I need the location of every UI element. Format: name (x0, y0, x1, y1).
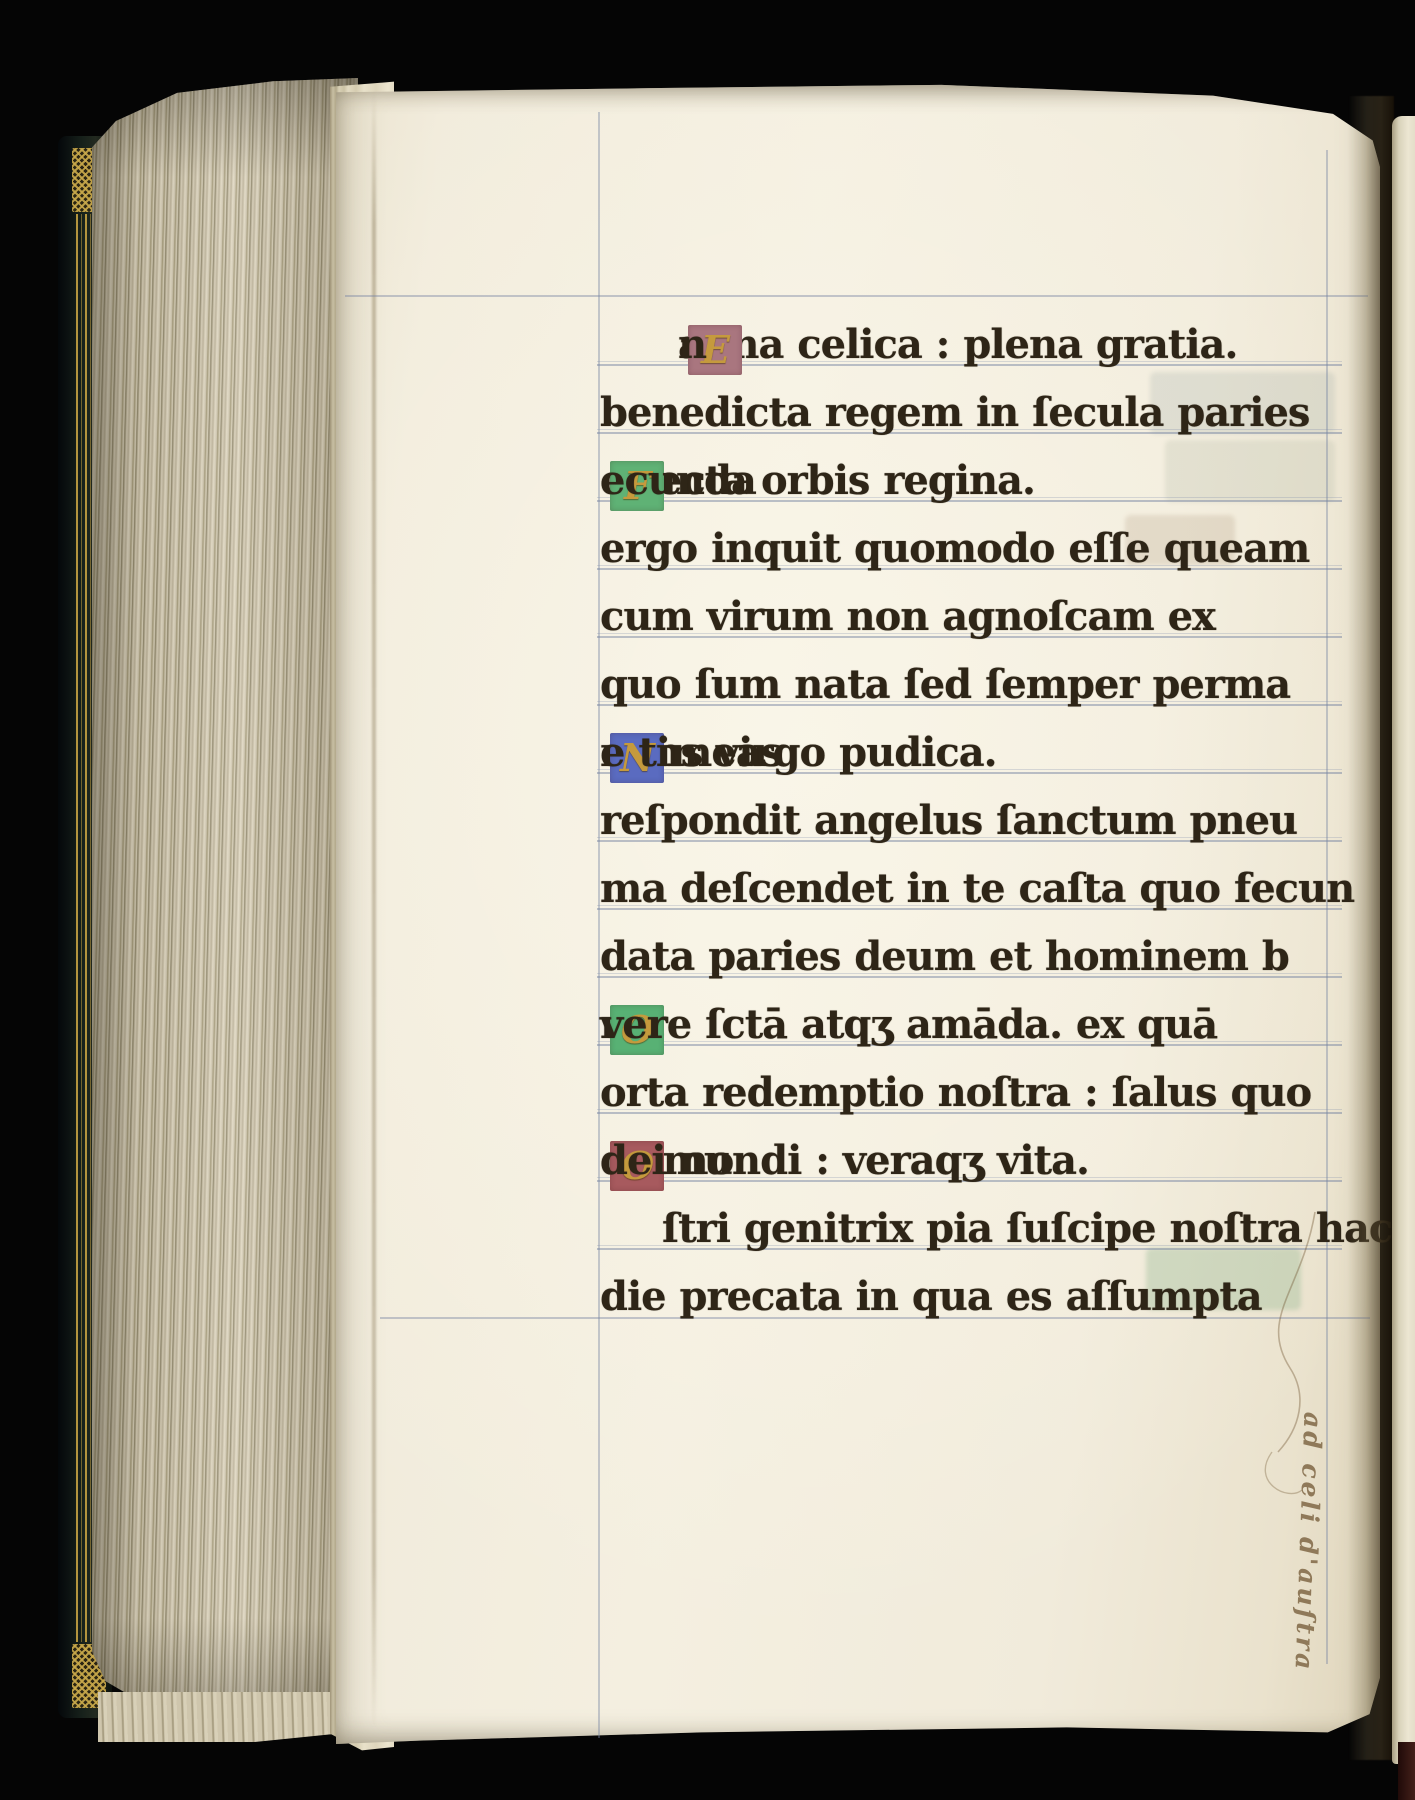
line-text: ecunda (600, 461, 756, 501)
line-text: dei no (600, 1141, 733, 1181)
page-crease (372, 92, 376, 1728)
line-text: data paries deum et hominem b (600, 937, 1289, 977)
facing-page-sliver (1392, 116, 1415, 1764)
line-text: quo ſum nata ſed ſemper perma (600, 665, 1290, 705)
line-text: n (678, 325, 706, 365)
page-stack-fore-edge (92, 78, 358, 1734)
line-text: cum virum non agnoſcam ex (600, 597, 1215, 637)
manuscript-photo: alma celica : plena gratia.Enbenedicta r… (0, 0, 1415, 1800)
line-text: vere ſctā atqʒ amāda. ex quā (600, 1005, 1217, 1045)
line-text: e timeas (600, 733, 782, 773)
line-text: ergo inquit quomodo eſſe queam (600, 529, 1309, 569)
line-text: alma celica : plena gratia. (678, 325, 1237, 365)
line-text: orta redemptio noſtra : ſalus quo (600, 1073, 1311, 1113)
line-text: benedicta regem in ſecula paries (600, 393, 1309, 433)
line-text: reſpondit angelus ſanctum pneu (600, 801, 1297, 841)
line-text: ma deſcendet in te caſta quo fecun (600, 869, 1354, 909)
margin-rule (598, 112, 600, 1738)
through-rule (345, 295, 1368, 297)
pen-trial-hairlines (1150, 1200, 1380, 1530)
gutter-shadow (1348, 96, 1394, 1760)
colour-offset-smudge (1165, 440, 1335, 502)
binding-sliver (1398, 1742, 1415, 1800)
